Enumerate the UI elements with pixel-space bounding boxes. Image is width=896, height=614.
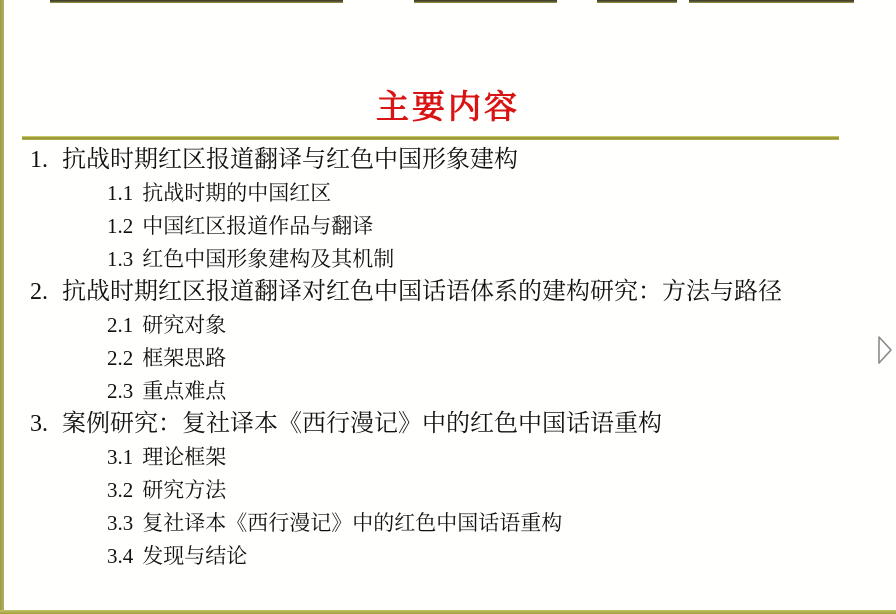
- outline-item-text: 框架思路: [142, 346, 226, 370]
- outline-item-text: 复社译本《西行漫记》中的红色中国话语重构: [142, 511, 562, 535]
- outline-item: 1.抗战时期红区报道翻译与红色中国形象建构: [0, 144, 896, 177]
- outline-item-number: 3.4: [107, 544, 133, 568]
- outline-item: 2.1研究对象: [0, 309, 896, 342]
- outline-item-number: 1.1: [107, 181, 133, 205]
- outline-item-number: 3.1: [107, 445, 133, 469]
- top-edge-artifact: [414, 0, 557, 3]
- outline-item: 3.3复社译本《西行漫记》中的红色中国话语重构: [0, 507, 896, 540]
- outline-item-text: 理论框架: [142, 445, 226, 469]
- outline-item-number: 3.: [30, 411, 48, 437]
- outline-item-text: 发现与结论: [142, 544, 247, 568]
- outline-item: 3.4发现与结论: [0, 540, 896, 573]
- outline-item-text: 研究对象: [142, 313, 226, 337]
- title-divider-rule: [22, 136, 839, 140]
- outline-list: 1.抗战时期红区报道翻译与红色中国形象建构1.1抗战时期的中国红区1.2中国红区…: [0, 144, 896, 573]
- outline-item: 1.3红色中国形象建构及其机制: [0, 243, 896, 276]
- outline-item-number: 2.2: [107, 346, 133, 370]
- outline-item-number: 1.: [30, 147, 48, 173]
- outline-item-text: 红色中国形象建构及其机制: [142, 247, 394, 271]
- outline-item: 1.2中国红区报道作品与翻译: [0, 210, 896, 243]
- outline-item-text: 抗战时期红区报道翻译与红色中国形象建构: [62, 147, 518, 173]
- outline-item: 3.案例研究：复社译本《西行漫记》中的红色中国话语重构: [0, 408, 896, 441]
- outline-item-text: 研究方法: [142, 478, 226, 502]
- bottom-edge-border: [0, 610, 896, 614]
- outline-item-text: 抗战时期的中国红区: [142, 181, 331, 205]
- outline-item: 2.2框架思路: [0, 342, 896, 375]
- outline-item-text: 中国红区报道作品与翻译: [142, 214, 373, 238]
- outline-item: 3.2研究方法: [0, 474, 896, 507]
- outline-item-number: 2.1: [107, 313, 133, 337]
- outline-item-text: 案例研究：复社译本《西行漫记》中的红色中国话语重构: [62, 411, 662, 437]
- outline-item: 2.3重点难点: [0, 375, 896, 408]
- outline-item-number: 3.3: [107, 511, 133, 535]
- top-edge-artifact: [50, 0, 343, 3]
- outline-item: 1.1抗战时期的中国红区: [0, 177, 896, 210]
- top-edge-artifact: [689, 0, 854, 3]
- outline-item-number: 1.3: [107, 247, 133, 271]
- outline-item-number: 2.: [30, 279, 48, 305]
- top-edge-artifact: [597, 0, 677, 3]
- outline-item: 3.1理论框架: [0, 441, 896, 474]
- outline-item-number: 3.2: [107, 478, 133, 502]
- outline-item-number: 2.3: [107, 379, 133, 403]
- arrow-cursor-icon: [877, 336, 894, 364]
- outline-item-number: 1.2: [107, 214, 133, 238]
- outline-item-text: 重点难点: [142, 379, 226, 403]
- presentation-slide: 主要内容 1.抗战时期红区报道翻译与红色中国形象建构1.1抗战时期的中国红区1.…: [0, 0, 896, 614]
- outline-item-text: 抗战时期红区报道翻译对红色中国话语体系的建构研究：方法与路径: [62, 279, 782, 305]
- outline-item: 2.抗战时期红区报道翻译对红色中国话语体系的建构研究：方法与路径: [0, 276, 896, 309]
- slide-title: 主要内容: [0, 88, 896, 128]
